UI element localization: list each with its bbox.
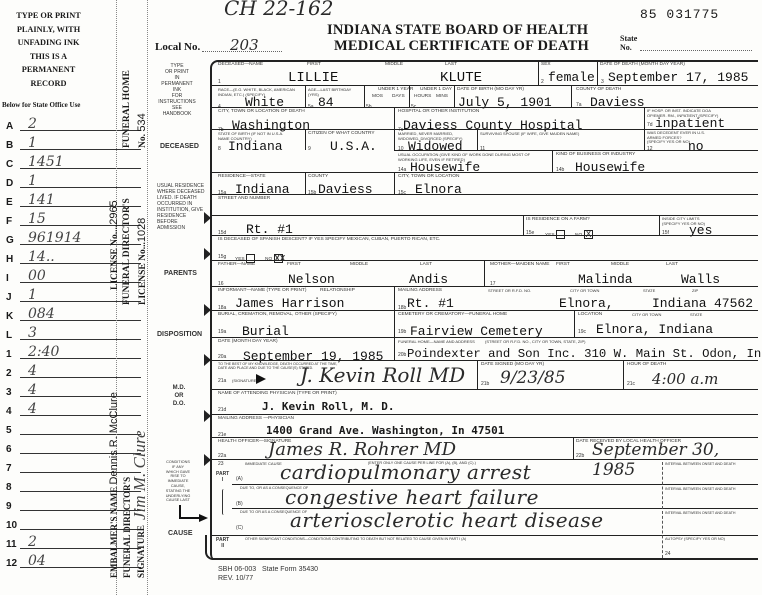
row-line (20, 415, 141, 416)
row-key: D (6, 178, 13, 189)
informant-value: James Harris (235, 296, 329, 311)
funeral-home-no: No. 534 (136, 113, 148, 148)
row-key: C (6, 159, 13, 170)
deceased-last-name: KLUTE (440, 70, 482, 86)
state-office-row: E141 (6, 194, 141, 208)
spanish-descent-label: IS DECEASED OF SPANISH DESCENT? IF YES S… (218, 237, 440, 242)
funeral-home-label: FUNERAL HOME (122, 70, 132, 148)
page-title-line2: MEDICAL CERTIFICATE OF DEATH (334, 38, 589, 55)
fd-license-no: LICENSE No...1028 (136, 218, 148, 305)
last-label: LAST (445, 62, 457, 67)
mother-name-label: MOTHER—MAIDEN NAME (490, 262, 549, 267)
mailing-city-label: CITY OR TOWN (570, 288, 599, 293)
row-line (20, 149, 141, 150)
health-officer-signature: James R. Rohrer MD (268, 439, 456, 460)
embalmer-name: EMBALMER'S NAME Dennis R. McClure (108, 392, 120, 578)
physician-name-value: J. Kevin Roll, M. D. (262, 400, 394, 413)
section-parents: PARENTS (164, 270, 197, 277)
file-note: CH 22-162 (224, 0, 333, 20)
immediate-cause-label: IMMEDIATE CAUSE (245, 461, 282, 466)
spouse-label: SURVIVING SPOUSE (If wife, give maiden n… (480, 131, 579, 136)
row-value: 4 (28, 382, 37, 398)
checkbox-checked[interactable]: XX (274, 254, 283, 263)
mailing-address-label: MAILING ADDRESS (398, 288, 442, 293)
mother-first-label: FIRST (556, 262, 570, 267)
father-first-label: FIRST (287, 262, 301, 267)
hour-of-death-value: 4:00 a.m (652, 370, 718, 388)
armed-forces-value: no (688, 139, 704, 154)
cause-c-value: arteriosclerotic heart disease (290, 508, 604, 532)
state-office-row: 7 (6, 460, 141, 474)
row-key: K (6, 311, 13, 322)
birth-state-value: Indiana (228, 139, 283, 154)
frame-notch (204, 354, 211, 366)
row-value: 1 (28, 173, 37, 189)
county-of-death-label: COUNTY OF DEATH (576, 87, 621, 92)
physician-signature: J. Kevin Roll MD (300, 363, 465, 387)
state-no-label: StateNo. (620, 34, 637, 52)
state-office-row: 8 (6, 479, 141, 493)
section-disposition: DISPOSITION (157, 331, 202, 338)
row-key: I (6, 273, 9, 284)
spanish-no-option[interactable]: NO XX (265, 254, 283, 263)
funeral-director-label: FUNERAL DIRECTOR'S (122, 198, 132, 305)
first-label: FIRST (307, 62, 321, 67)
section-cause: CAUSE (168, 530, 193, 537)
mins-label: MINS (436, 94, 448, 99)
mailing-state-value: Indiana (652, 296, 707, 311)
license-no: LICENSE No....2965 (108, 200, 120, 290)
street-label: STREET AND NUMBER (218, 196, 270, 201)
frame-notch (204, 248, 211, 260)
autopsy-label: AUTOPSY (Specify Yes or No) (665, 537, 725, 541)
row-value: 00 (28, 268, 46, 284)
signature-label: (Signature) (232, 378, 258, 383)
row-value: 04 (28, 553, 46, 569)
form-code: SBH 06-003 (218, 566, 256, 573)
state-office-row: L3 (6, 327, 141, 341)
interval-label-a: Interval between onset and death (665, 462, 736, 466)
row-key: 5 (6, 425, 12, 436)
location-state-label: STATE (690, 312, 702, 317)
instructions-block: TYPE OR PRINT PLAINLY, WITH UNFADING INK… (6, 9, 91, 91)
hour-of-death-label: HOUR OF DEATH (627, 362, 666, 367)
row-value: 15 (28, 211, 46, 227)
disposition-date-label: DATE (MONTH DAY YEAR) (218, 339, 278, 344)
row-key: 4 (6, 406, 12, 417)
date-received-value: September 30, 1985 (592, 440, 762, 480)
fd-signature-label2: SIGNATURE (136, 525, 146, 578)
frame-notch (204, 212, 211, 224)
part1-bracket (222, 489, 226, 515)
row-line (20, 377, 141, 378)
father-middle-label: MIDDLE (350, 262, 368, 267)
state-office-row: C1451 (6, 156, 141, 170)
row-key: 3 (6, 387, 12, 398)
section-md-do: M.D.ORD.O. (168, 384, 190, 408)
sex-label: SEX (541, 62, 551, 67)
state-office-row: G961914 (6, 232, 141, 246)
state-office-row: B1 (6, 137, 141, 151)
mother-last-value: Walls (681, 272, 720, 287)
location-value: Elnora, Indiana (596, 322, 713, 337)
cause-b-value: congestive heart failure (285, 485, 539, 509)
fd-signature: Jim M. Clure (130, 430, 150, 520)
state-form-number: State Form 35430 (262, 566, 318, 573)
funeral-home-value: Poindexter and Son Inc. 310 W. Main St. … (407, 347, 762, 361)
state-office-row: J1 (6, 289, 141, 303)
row-value: 2 (28, 116, 37, 132)
location-city-label: CITY OR TOWN (632, 312, 661, 317)
father-first-value: Nelson (288, 272, 335, 287)
instructions-line: UNFADING INK (6, 36, 91, 50)
mailing-state-label: STATE (643, 288, 655, 293)
page-title-line1: INDIANA STATE BOARD OF HEALTH (327, 22, 588, 39)
instructions-line: PERMANENT (6, 63, 91, 77)
mother-middle-label: MIDDLE (611, 262, 629, 267)
instructions-line: THIS IS A (6, 50, 91, 64)
mailing-city-value: Elnora, (559, 296, 614, 311)
section-deceased: DECEASED (160, 143, 199, 150)
mailing-zip-label: ZIP (692, 288, 698, 293)
row-key: 8 (6, 482, 12, 493)
part-2-label: PARTII (216, 537, 229, 549)
state-office-row: K084 (6, 308, 141, 322)
signature-arrow-icon (256, 374, 266, 384)
date-of-death-value: September 17, 1985 (608, 70, 748, 85)
row-key: J (6, 292, 12, 303)
arrow-head-icon (199, 514, 208, 522)
state-office-row: 10 (6, 517, 141, 531)
row-value: 1 (28, 135, 37, 151)
relationship-label: RELATIONSHIP (320, 288, 355, 293)
interval-label-b: Interval between onset and death (665, 487, 736, 491)
row-key: 10 (6, 520, 17, 531)
deceased-first-name: LILLIE (288, 70, 338, 86)
mailing-street-label: STREET OR R.F.D. NO. (488, 288, 531, 293)
dob-label: DATE OF BIRTH (Mo Day Yr) (457, 87, 524, 92)
mailing-street-value: Rt. #1 (407, 296, 454, 311)
row-value: 141 (28, 192, 55, 208)
funeral-home-addr-label: (STREET OR R.F.D. NO., CITY OR TOWN, STA… (485, 339, 585, 344)
row-value: 2 (28, 534, 37, 550)
state-number: 85 031775 (640, 7, 719, 22)
row-value: 1 (28, 287, 37, 303)
row-key: 11 (6, 539, 17, 550)
state-no-line (640, 50, 752, 51)
residence-county-label: COUNTY (308, 174, 328, 179)
physician-mailing-label: MAILING ADDRESS —PHYSICIAN (218, 416, 294, 421)
state-office-row: D1 (6, 175, 141, 189)
conditions-note: CONDITIONSIF ANYWHICH GAVERISE TOIMMEDIA… (163, 460, 193, 503)
row-value: 4 (28, 363, 37, 379)
row-line (20, 434, 141, 435)
row-key: 7 (6, 463, 12, 474)
hospital-label: HOSPITAL OR OTHER INSTITUTION (398, 109, 479, 114)
mos-label: MOS (372, 94, 383, 99)
date-of-death-label: DATE OF DEATH (MONTH DAY YEAR) (600, 62, 685, 67)
state-office-row: 9 (6, 498, 141, 512)
state-office-row: 6 (6, 441, 141, 455)
days-label: DAYS (392, 94, 405, 99)
instructions-line: PLAINLY, WITH (6, 23, 91, 37)
row-line (20, 339, 141, 340)
row-key: L (6, 330, 12, 341)
row-key: 2 (6, 368, 12, 379)
row-value: 1451 (28, 154, 64, 170)
usual-residence-note: USUAL RESIDENCEWHERE DECEASEDLIVED. IF D… (157, 183, 207, 231)
row-key: H (6, 254, 13, 265)
citizen-value: U.S.A. (330, 139, 377, 154)
row-value: 084 (28, 306, 55, 322)
city-of-death-label: CITY, TOWN OR LOCATION OF DEATH (218, 109, 305, 114)
residence-state-label: RESIDENCE—STATE (218, 174, 266, 179)
other-conditions-label: OTHER SIGNIFICANT CONDITIONS—Conditions … (245, 537, 466, 541)
interval-label-c: Interval between onset and death (665, 511, 736, 515)
local-no-label: Local No. (155, 41, 200, 53)
father-name-label: FATHER—NAME (218, 262, 255, 267)
frame-notch (204, 410, 211, 422)
state-office-row: 12:40 (6, 346, 141, 360)
row-key: B (6, 140, 13, 151)
instructions-line: TYPE OR PRINT (6, 9, 91, 23)
father-last-value: Andis (409, 272, 448, 287)
row-key: E (6, 197, 13, 208)
under-1-day-label: UNDER 1 DAY (420, 87, 452, 92)
hours-label: HOURS (414, 94, 431, 99)
row-line (20, 472, 141, 473)
row-key: G (6, 235, 14, 246)
row-value: 961914 (28, 230, 81, 246)
state-office-row: 5 (6, 422, 141, 436)
part-1-label: PARTI (216, 471, 229, 483)
middle-label: MIDDLE (385, 62, 403, 67)
mailing-zip-value: 47562 (714, 296, 753, 311)
row-value: 4 (28, 401, 37, 417)
disposition-method-label: BURIAL, CREMATION, REMOVAL, OTHER (Speci… (218, 312, 337, 317)
row-value: 14.. (28, 249, 55, 265)
row-key: 9 (6, 501, 12, 512)
date-signed-label: DATE SIGNED (Mo Day Yr) (481, 362, 544, 367)
state-office-row: A2 (6, 118, 141, 132)
citizen-label: CITIZEN OF WHAT COUNTRY (308, 131, 375, 136)
state-office-row: F15 (6, 213, 141, 227)
frame-notch (204, 454, 211, 466)
relationship-value: son (321, 296, 344, 311)
row-key: 1 (6, 349, 12, 360)
physician-name-label: NAME OF ATTENDING PHYSICIAN (Type or Pri… (218, 391, 337, 396)
row-value: 2:40 (28, 344, 59, 360)
row-key: 6 (6, 444, 12, 455)
revision-date: REV. 10/77 (218, 575, 253, 582)
state-office-row: 44 (6, 403, 141, 417)
cause-a-value: cardiopulmonary arrest (280, 460, 531, 484)
state-office-row: 112 (6, 536, 141, 550)
business-label: KIND OF BUSINESS OR INDUSTRY (556, 152, 635, 157)
frame-corner (205, 535, 215, 560)
funeral-home-label: FUNERAL HOME—NAME AND ADDRESS (398, 339, 475, 344)
physician-mailing-value: 1400 Grand Ave. Washington, In 47501 (266, 424, 504, 437)
row-key: 12 (6, 558, 17, 569)
cemetery-label: CEMETERY OR CREMATORY—FUNERAL HOME (398, 312, 507, 317)
father-last-label: LAST (420, 262, 432, 267)
name-label: DECEASED—NAME (218, 62, 263, 67)
row-value: 3 (28, 325, 37, 341)
farm-label: IS RESIDENCE ON A FARM? (526, 217, 590, 222)
state-office-row: 1204 (6, 555, 141, 569)
type-print-note: TYPEOR PRINTINPERMANENTINKFORINSTRUCTION… (158, 63, 196, 117)
state-office-row: H14.. (6, 251, 141, 265)
state-office-row: 34 (6, 384, 141, 398)
sex-value: female (548, 70, 595, 85)
local-no-value: 203 (230, 36, 259, 54)
interval-divider (662, 462, 663, 558)
row-line (20, 453, 141, 454)
row-line (20, 396, 141, 397)
frame-notch (204, 304, 211, 316)
row-key: A (6, 121, 13, 132)
state-office-row: I00 (6, 270, 141, 284)
instructions-line: RECORD (6, 77, 91, 91)
mother-last-label: LAST (666, 262, 678, 267)
state-office-label: Below for State Office Use (2, 101, 80, 109)
row-line (20, 187, 141, 188)
residence-city-label: CITY, TOWN OR LOCATION (398, 174, 459, 179)
date-signed-value: 9/23/85 (500, 368, 566, 388)
row-key: F (6, 216, 12, 227)
state-office-row: 24 (6, 365, 141, 379)
informant-label: INFORMANT—NAME (Type or print) (218, 288, 306, 293)
mother-first-value: Malinda (578, 272, 633, 287)
cause-arrow (179, 517, 201, 519)
location-label: LOCATION (578, 312, 602, 317)
